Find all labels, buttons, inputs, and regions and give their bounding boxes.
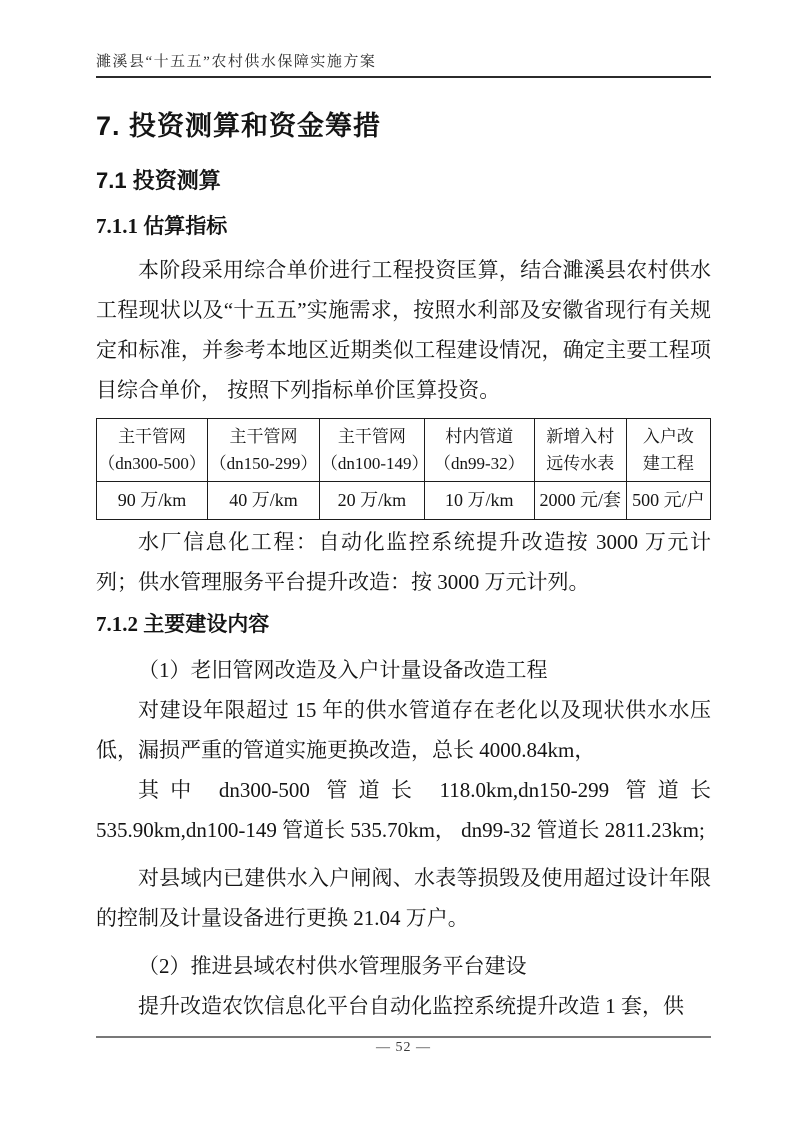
header-line1: 新增入村 — [536, 423, 625, 450]
table-header-cell-trunk-dn150-299: 主干管网 （dn150-299） — [208, 419, 320, 482]
header-line1: 主干管网 — [98, 423, 206, 450]
subsection-heading-711: 7.1.1 估算指标 — [96, 212, 711, 240]
table-value-cell: 500 元/户 — [626, 482, 710, 520]
paragraph-item1-title: （1）老旧管网改造及入户计量设备改造工程 — [96, 650, 711, 690]
table-value-cell: 40 万/km — [208, 482, 320, 520]
paragraph-after-table: 水厂信息化工程：自动化监控系统提升改造按 3000 万元计列；供水管理服务平台提… — [96, 522, 711, 602]
table-value-cell: 2000 元/套 — [534, 482, 626, 520]
header-line2: 建工程 — [628, 450, 709, 477]
page-header: 濉溪县“十五五”农村供水保障实施方案 — [96, 50, 711, 78]
page-content: 濉溪县“十五五”农村供水保障实施方案 7. 投资测算和资金筹措 7.1 投资测算… — [96, 50, 711, 1026]
header-title: 濉溪县“十五五”农村供水保障实施方案 — [96, 54, 376, 70]
table-header-cell-trunk-dn100-149: 主干管网 （dn100-149） — [319, 419, 424, 482]
subsection-heading-712: 7.1.2 主要建设内容 — [96, 610, 711, 638]
unit-price-table: 主干管网 （dn300-500） 主干管网 （dn150-299） 主干管网 （… — [96, 418, 711, 520]
header-line1: 主干管网 — [209, 423, 318, 450]
table-header-cell-remote-meter: 新增入村 远传水表 — [534, 419, 626, 482]
header-line2: （dn150-299） — [209, 450, 318, 477]
table-header-row: 主干管网 （dn300-500） 主干管网 （dn150-299） 主干管网 （… — [97, 419, 711, 482]
header-line1: 主干管网 — [321, 423, 423, 450]
table-header-cell-trunk-dn300-500: 主干管网 （dn300-500） — [97, 419, 208, 482]
header-line2: （dn99-32） — [426, 450, 533, 477]
header-line1: 村内管道 — [426, 423, 533, 450]
table-header-cell-household-retrofit: 入户改 建工程 — [626, 419, 710, 482]
footer-divider — [96, 1036, 711, 1038]
paragraph-item1-body1: 对建设年限超过 15 年的供水管道存在老化以及现状供水水压低，漏损严重的管道实施… — [96, 690, 711, 770]
header-line1: 入户改 — [628, 423, 709, 450]
table-header-cell-village-dn99-32: 村内管道 （dn99-32） — [424, 419, 534, 482]
section-heading-71: 7.1 投资测算 — [96, 168, 711, 194]
table-value-row: 90 万/km 40 万/km 20 万/km 10 万/km 2000 元/套… — [97, 482, 711, 520]
chapter-heading: 7. 投资测算和资金筹措 — [96, 110, 711, 142]
header-line2: （dn100-149） — [321, 450, 423, 477]
table-value-cell: 90 万/km — [97, 482, 208, 520]
table-value-cell: 10 万/km — [424, 482, 534, 520]
page-footer: — 52 — — [96, 1036, 711, 1056]
document-page: 濉溪县“十五五”农村供水保障实施方案 7. 投资测算和资金筹措 7.1 投资测算… — [0, 0, 793, 1122]
table-value-cell: 20 万/km — [319, 482, 424, 520]
paragraph-item1-body3: 对县域内已建供水入户闸阀、水表等损毁及使用超过设计年限的控制及计量设备进行更换 … — [96, 858, 711, 938]
paragraph-item2-title: （2）推进县域农村供水管理服务平台建设 — [96, 946, 711, 986]
header-line2: 远传水表 — [536, 450, 625, 477]
paragraph-intro: 本阶段采用综合单价进行工程投资匡算，结合濉溪县农村供水工程现状以及“十五五”实施… — [96, 250, 711, 410]
paragraph-item1-body2: 其中 dn300-500 管道长 118.0km,dn150-299 管道长 5… — [96, 770, 711, 850]
paragraph-item2-body1: 提升改造农饮信息化平台自动化监控系统提升改造 1 套，供 — [96, 986, 711, 1026]
page-number: — 52 — — [96, 1040, 711, 1056]
header-line2: （dn300-500） — [98, 450, 206, 477]
